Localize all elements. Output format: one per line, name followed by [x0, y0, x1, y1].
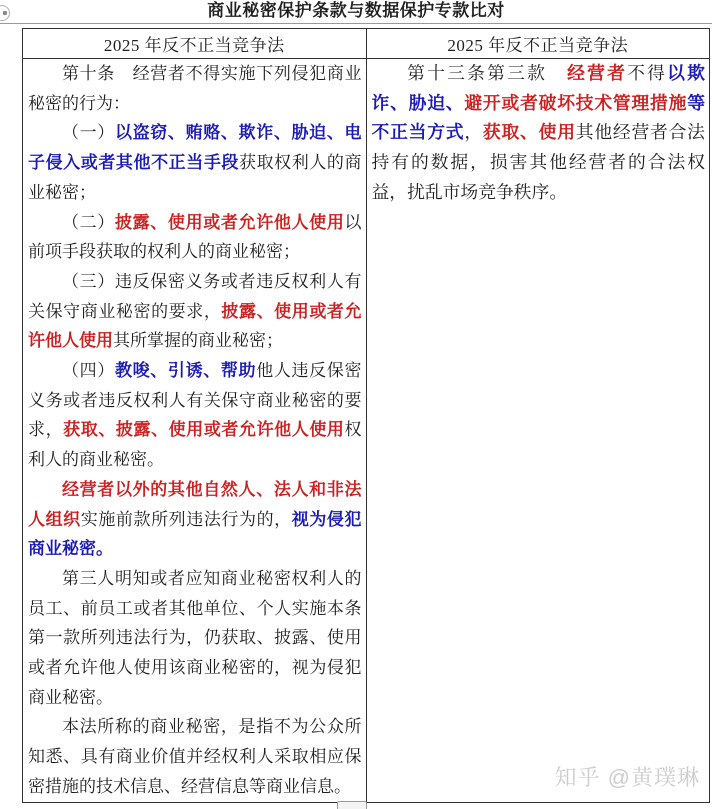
text-run: 第十三条第三款 — [407, 63, 567, 83]
text-run: （一） — [62, 123, 115, 142]
watermark: 知乎 @黄璞琳 — [555, 761, 700, 792]
paragraph: （一）以盗窃、贿赂、欺诈、胁迫、电子侵入或者其他不正当手段获取权利人的商业秘密； — [28, 118, 362, 207]
paragraph: 第三人明知或者应知商业秘密权利人的员工、前员工或者其他单位、个人实施本条第一款所… — [28, 564, 362, 713]
doc-title: 商业秘密保护条款与数据保护专款比对 — [207, 1, 505, 20]
title-band: 商业秘密保护条款与数据保护专款比对 — [0, 0, 712, 24]
highlighted-text-run: 经营者 — [567, 63, 627, 83]
text-run: 不得 — [627, 63, 667, 83]
document-page: 商业秘密保护条款与数据保护专款比对 2025 年反不正当竞争法 2025 年反不… — [0, 0, 712, 809]
highlighted-text-run: 获取、披露、使用或者允许他人使用 — [63, 420, 344, 439]
highlighted-text-run: 教唆、引诱、帮助 — [115, 361, 256, 380]
paragraph: 本法所称的商业秘密，是指不为公众所知悉、具有商业价值并经权利人采取相应保密措施的… — [28, 712, 362, 801]
paragraph: 第十条 经营者不得实施下列侵犯商业秘密的行为： — [28, 59, 362, 118]
highlighted-text-run: 披露、使用或者允许他人使用 — [115, 213, 345, 232]
text-run: （四） — [62, 361, 115, 380]
table-header-row: 2025 年反不正当竞争法 2025 年反不正当竞争法 — [23, 29, 710, 59]
header-cell-left: 2025 年反不正当竞争法 — [23, 29, 367, 59]
paragraph: 第十三条第三款 经营者不得以欺诈、胁迫、避开或者破坏技术管理措施等不正当方式，获… — [372, 59, 706, 208]
table-body-row: 第十条 经营者不得实施下列侵犯商业秘密的行为：（一）以盗窃、贿赂、欺诈、胁迫、电… — [23, 59, 710, 803]
text-run: 实施前款所列违法行为的， — [81, 510, 292, 529]
header-cell-right: 2025 年反不正当竞争法 — [366, 29, 710, 59]
text-run: 本法所称的商业秘密，是指不为公众所知悉、具有商业价值并经权利人采取相应保密措施的… — [28, 717, 362, 795]
paragraph: （三）违反保密义务或者违反权利人有关保守商业秘密的要求，披露、使用或者允许他人使… — [28, 267, 362, 356]
highlighted-text-run: 获取、使用 — [483, 122, 576, 142]
paragraph: （四）教唆、引诱、帮助他人违反保密义务或者违反权利人有关保守商业秘密的要求，获取… — [28, 356, 362, 475]
paragraph: 经营者以外的其他自然人、法人和非法人组织实施前款所列违法行为的，视为侵犯商业秘密… — [28, 475, 362, 564]
text-run: 其所掌握的商业秘密； — [113, 331, 283, 350]
paragraph: （二）披露、使用或者允许他人使用以前项手段获取的权利人的商业秘密； — [28, 208, 362, 267]
text-run: 第十条 经营者不得实施下列侵犯商业秘密的行为： — [28, 64, 362, 113]
comparison-table: 2025 年反不正当竞争法 2025 年反不正当竞争法 第十条 经营者不得实施下… — [22, 28, 710, 803]
highlighted-text-run: 避开或者破坏技术管理措施 — [464, 93, 687, 113]
table-resize-handle[interactable] — [337, 801, 367, 809]
left-column-cell: 第十条 经营者不得实施下列侵犯商业秘密的行为：（一）以盗窃、贿赂、欺诈、胁迫、电… — [23, 59, 367, 803]
right-column-cell: 第十三条第三款 经营者不得以欺诈、胁迫、避开或者破坏技术管理措施等不正当方式，获… — [366, 59, 710, 803]
text-run: 第三人明知或者应知商业秘密权利人的员工、前员工或者其他单位、个人实施本条第一款所… — [28, 569, 362, 707]
text-run: ， — [464, 122, 483, 142]
text-run: （二） — [62, 213, 115, 232]
